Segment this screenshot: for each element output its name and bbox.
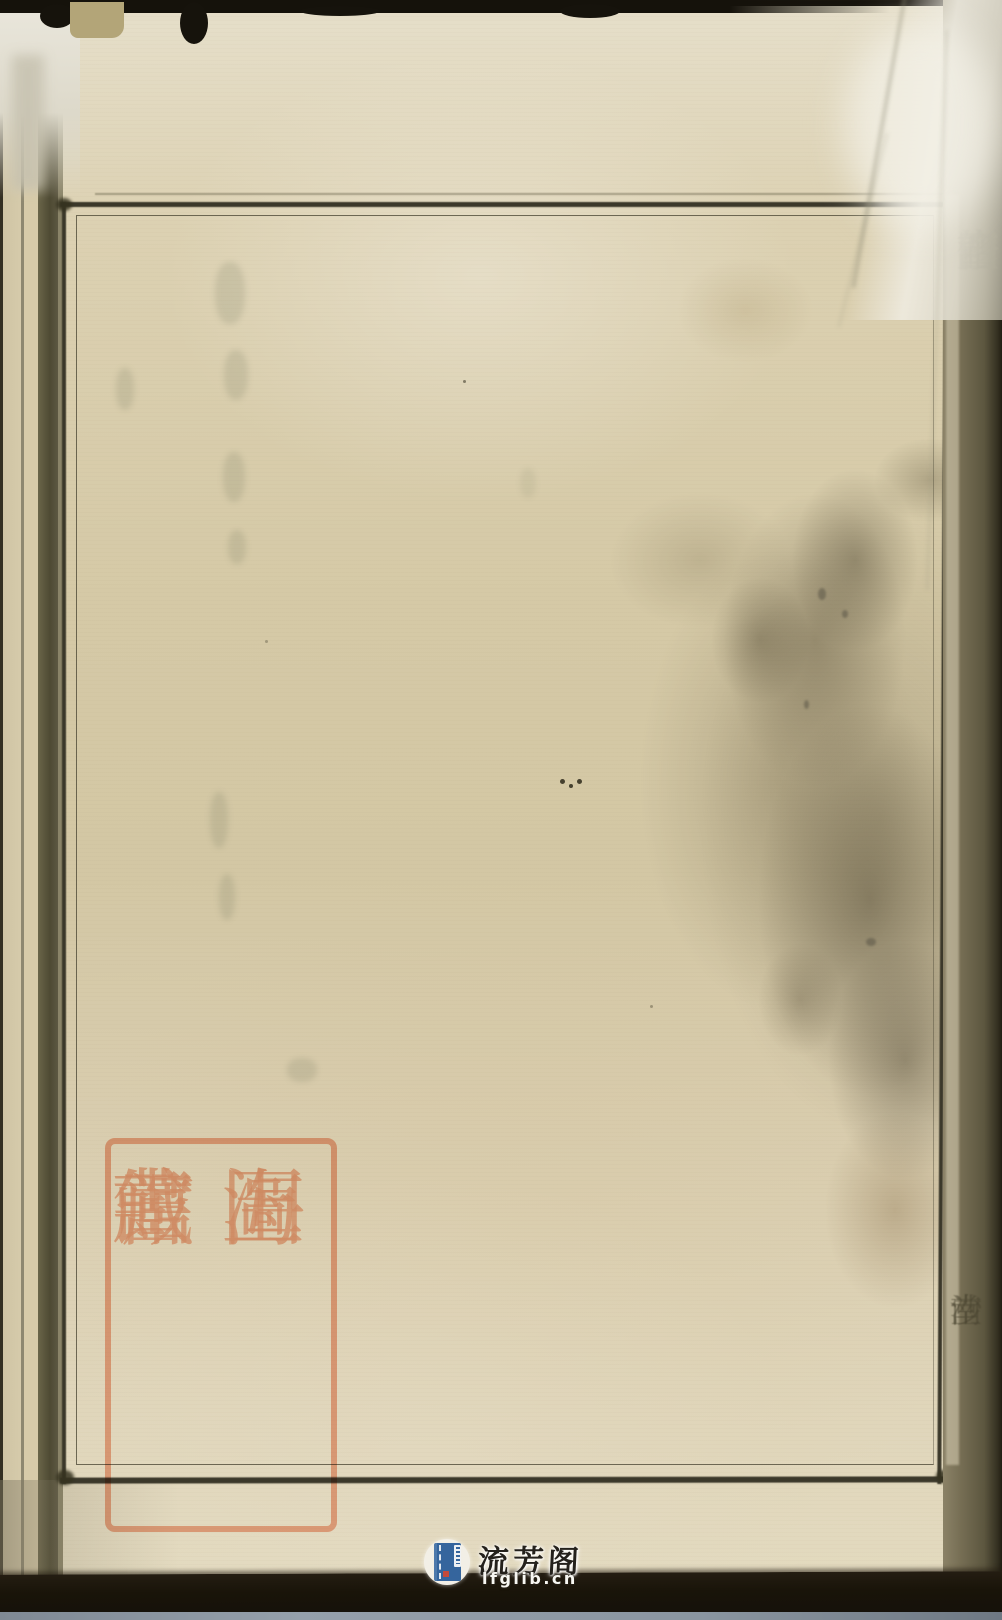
corner-fold-patch xyxy=(70,2,124,38)
corner-ink-blot xyxy=(56,1470,74,1485)
seal-character: 圖 xyxy=(221,1150,305,1275)
watermark-site-url: lfglib.cn xyxy=(482,1569,592,1588)
ink-dot xyxy=(560,779,565,784)
scanner-bottom-edge xyxy=(0,1612,1002,1620)
frame-left-line xyxy=(62,202,66,1484)
torn-edge-blot xyxy=(40,4,74,28)
seal-column-right: 上 海 圖 xyxy=(221,1150,331,1526)
book-seal-mark xyxy=(443,1571,449,1577)
torn-edge-blot xyxy=(180,2,208,44)
ink-dot xyxy=(650,1005,653,1008)
corner-ink-blot xyxy=(56,198,72,211)
frame-top-line xyxy=(60,202,948,207)
ink-dot xyxy=(569,784,573,788)
book-stitch-lines xyxy=(439,1545,441,1579)
seal-character: 藏 xyxy=(111,1150,195,1275)
book-icon xyxy=(434,1543,461,1581)
watermark: 流芳阁 lfglib.cn xyxy=(418,1530,593,1596)
torn-edge-blot xyxy=(560,4,620,18)
scanned-book-page: 吉 童 四 修 譜 沙 南 堂 書 館 藏 上 海 圖 xyxy=(0,0,1002,1620)
library-seal: 書 館 藏 上 海 圖 xyxy=(105,1138,337,1532)
torn-edge-blot xyxy=(300,6,380,16)
ink-dot xyxy=(577,779,582,784)
book-label-text-marks xyxy=(456,1547,460,1564)
scan-bed-top-strip xyxy=(0,0,890,13)
ink-dot xyxy=(265,640,268,643)
torn-edge-highlight xyxy=(946,195,959,1465)
margin-glyph: 堂 xyxy=(950,1282,983,1340)
ink-dot xyxy=(463,380,466,383)
book-title-label xyxy=(454,1545,461,1567)
watermark-logo-circle xyxy=(424,1539,470,1585)
seal-column-left: 書 館 藏 xyxy=(111,1150,221,1526)
